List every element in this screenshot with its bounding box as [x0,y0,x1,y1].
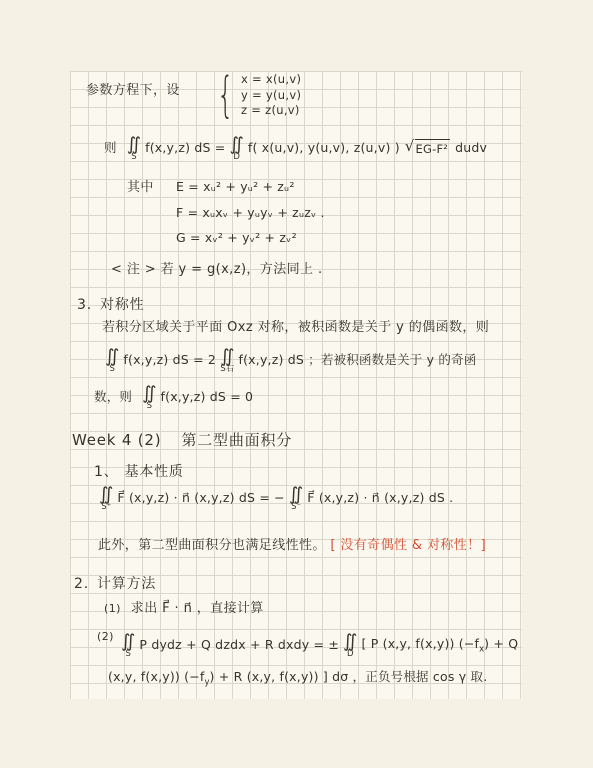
radical-EG-F2: √ EG-F² [405,139,450,158]
method-1-number: (1) [104,602,121,615]
formula-param-surface-integral: 则 ∬ S f(x,y,z) dS = ∬ D f( x(u,v), y(u,v… [104,136,487,162]
integral-limit-D: D [347,650,354,659]
odd-formula-lead: 数，则 [94,389,132,406]
integrand-rhs: f( x(u,v), y(u,v), z(u,v) ) [248,140,400,157]
double-integral-S: ∬ S [121,633,135,659]
method-2-cont-b: ) + R (x,y, f(x,y)) ] dσ ，正负号根据 cos γ 取. [210,669,488,684]
where-text: 其中 [127,180,154,195]
eq-F: F = xᵤxᵥ + yᵤyᵥ + zᵤzᵥ . [176,205,325,222]
method-2-rhs-a: [ P (x,y, f(x,y)) (−f [361,636,479,651]
sqrt-icon: √ [405,139,415,154]
section-2-heading: 2.计算方法 [74,575,156,594]
formula-method-2-line1: ∬ S P dydz + Q dzdx + R dxdy = ± ∬ D [ P… [120,633,518,659]
section-1-heading: 1、基本性质 [94,463,184,482]
section-1-number: 1、 [94,464,119,480]
method-2-number: (2) [97,630,114,645]
method-1-text: 求出 F⃗ · n⃗ ，直接计算 [131,601,264,616]
section-3-title: 对称性 [100,297,144,313]
integral-limit-S: S [110,365,115,374]
orientation-rhs: F⃗ (x,y,z) · n⃗ (x,y,z) dS . [307,490,453,507]
week-heading: Week 4 (2)第二型曲面积分 [72,430,292,450]
double-integral-S-right: ∬ S右 [220,348,234,374]
formula-orientation: ∬ S⁺ F⃗ (x,y,z) · n⃗ (x,y,z) dS = − ∬ S⁻… [98,486,453,512]
odd-formula-tail: f(x,y,z) dS = 0 [161,389,254,406]
double-integral-S-minus: ∬ S⁻ [289,486,303,512]
orientation-lhs: F⃗ (x,y,z) · n⃗ (x,y,z) dS = − [117,490,284,507]
param-intro-text: 参数方程下，设 [86,82,180,100]
double-integral-S: ∬ S [105,348,119,374]
integral-limit-S-plus: S⁺ [101,503,111,512]
integral-limit-S-minus: S⁻ [291,503,301,512]
symmetry-text: 若积分区域关于平面 Oxz 对称，被积函数是关于 y 的偶函数，则 [102,320,489,335]
method-2-cont-a: (x,y, f(x,y)) (−f [108,669,205,684]
note-line: < 注 > 若 y = g(x,z)，方法同上 . [111,261,322,279]
system-eq-z: z = z(u,v) [241,103,301,119]
eq-E-text: E = xᵤ² + yᵤ² + zᵤ² [176,179,295,196]
double-integral-D: ∬ D [343,633,357,659]
eq-F-text: F = xᵤxᵥ + yᵤyᵥ + zᵤzᵥ . [176,205,325,222]
method-2-rhs: [ P (x,y, f(x,y)) (−fx) + Q [361,636,518,656]
eq-G-text: G = xᵥ² + yᵥ² + zᵥ² [176,230,297,247]
system-eq-x: x = x(u,v) [241,72,301,88]
dudv-label: dudv [455,140,487,157]
system-brace: { [217,74,234,117]
eq-G: G = xᵥ² + yᵥ² + zᵥ² [176,230,297,247]
week-label: Week 4 (2) [72,431,161,449]
method-2-rhs-b: ) + Q [484,636,518,651]
note-text: < 注 > 若 y = g(x,z)，方法同上 . [111,262,322,277]
even-formula-mid: f(x,y,z) dS = 2 [123,352,216,369]
integral-limit-S: S [147,402,152,411]
formula-symmetry-even: ∬ S f(x,y,z) dS = 2 ∬ S右 f(x,y,z) dS ；若被… [104,348,477,374]
integral-limit-S: S [131,153,136,162]
formula-symmetry-odd: 数，则 ∬ S f(x,y,z) dS = 0 [94,385,253,411]
linearity-text: 此外，第二型曲面积分也满足线性性。 [98,538,326,553]
integral-limit-S: S [126,650,131,659]
integral-limit-S-right: S右 [220,365,234,374]
eq-E: E = xᵤ² + yᵤ² + zᵤ² [176,179,295,196]
double-integral-S-plus: ∬ S⁺ [99,486,113,512]
system-rows: x = x(u,v) y = y(u,v) z = z(u,v) [241,72,301,119]
section-2-number: 2. [74,576,89,592]
where-label: 其中 [127,179,154,197]
method-1-line: (1)求出 F⃗ · n⃗ ，直接计算 [104,600,264,618]
section-1-title: 基本性质 [125,464,184,480]
red-annotation: [ 没有奇偶性 & 对称性！] [330,538,486,553]
section-3-heading: 3.对称性 [77,296,144,315]
method-2-lhs: P dydz + Q dzdx + R dxdy = ± [139,637,339,654]
linearity-line: 此外，第二型曲面积分也满足线性性。 [ 没有奇偶性 & 对称性！] [98,537,486,555]
section-2-title: 计算方法 [97,576,156,592]
integral-limit-D: D [233,153,240,162]
param-intro-label: 参数方程下，设 [86,83,180,98]
double-integral-D: ∬ D [229,136,243,162]
section-3-number: 3. [77,297,92,313]
system-eq-y: y = y(u,v) [241,88,301,104]
method-2-continuation: (x,y, f(x,y)) (−fy) + R (x,y, f(x,y)) ] … [108,669,487,689]
week-title: 第二型曲面积分 [181,431,292,449]
method-2-number-text: (2) [97,630,114,643]
double-integral-S: ∬ S [142,385,156,411]
formula-method-2-line2: (x,y, f(x,y)) (−fy) + R (x,y, f(x,y)) ] … [108,669,487,689]
double-integral-S: ∬ S [127,136,141,162]
param-system: { x = x(u,v) y = y(u,v) z = z(u,v) [210,72,301,119]
integrand-lhs: f(x,y,z) dS = [145,140,225,157]
radicand: EG-F² [415,139,451,158]
even-formula-tail: f(x,y,z) dS ；若被积函数是关于 y 的奇函 [239,352,477,369]
symmetry-statement: 若积分区域关于平面 Oxz 对称，被积函数是关于 y 的偶函数，则 [102,319,489,337]
then-label: 则 [104,140,117,157]
